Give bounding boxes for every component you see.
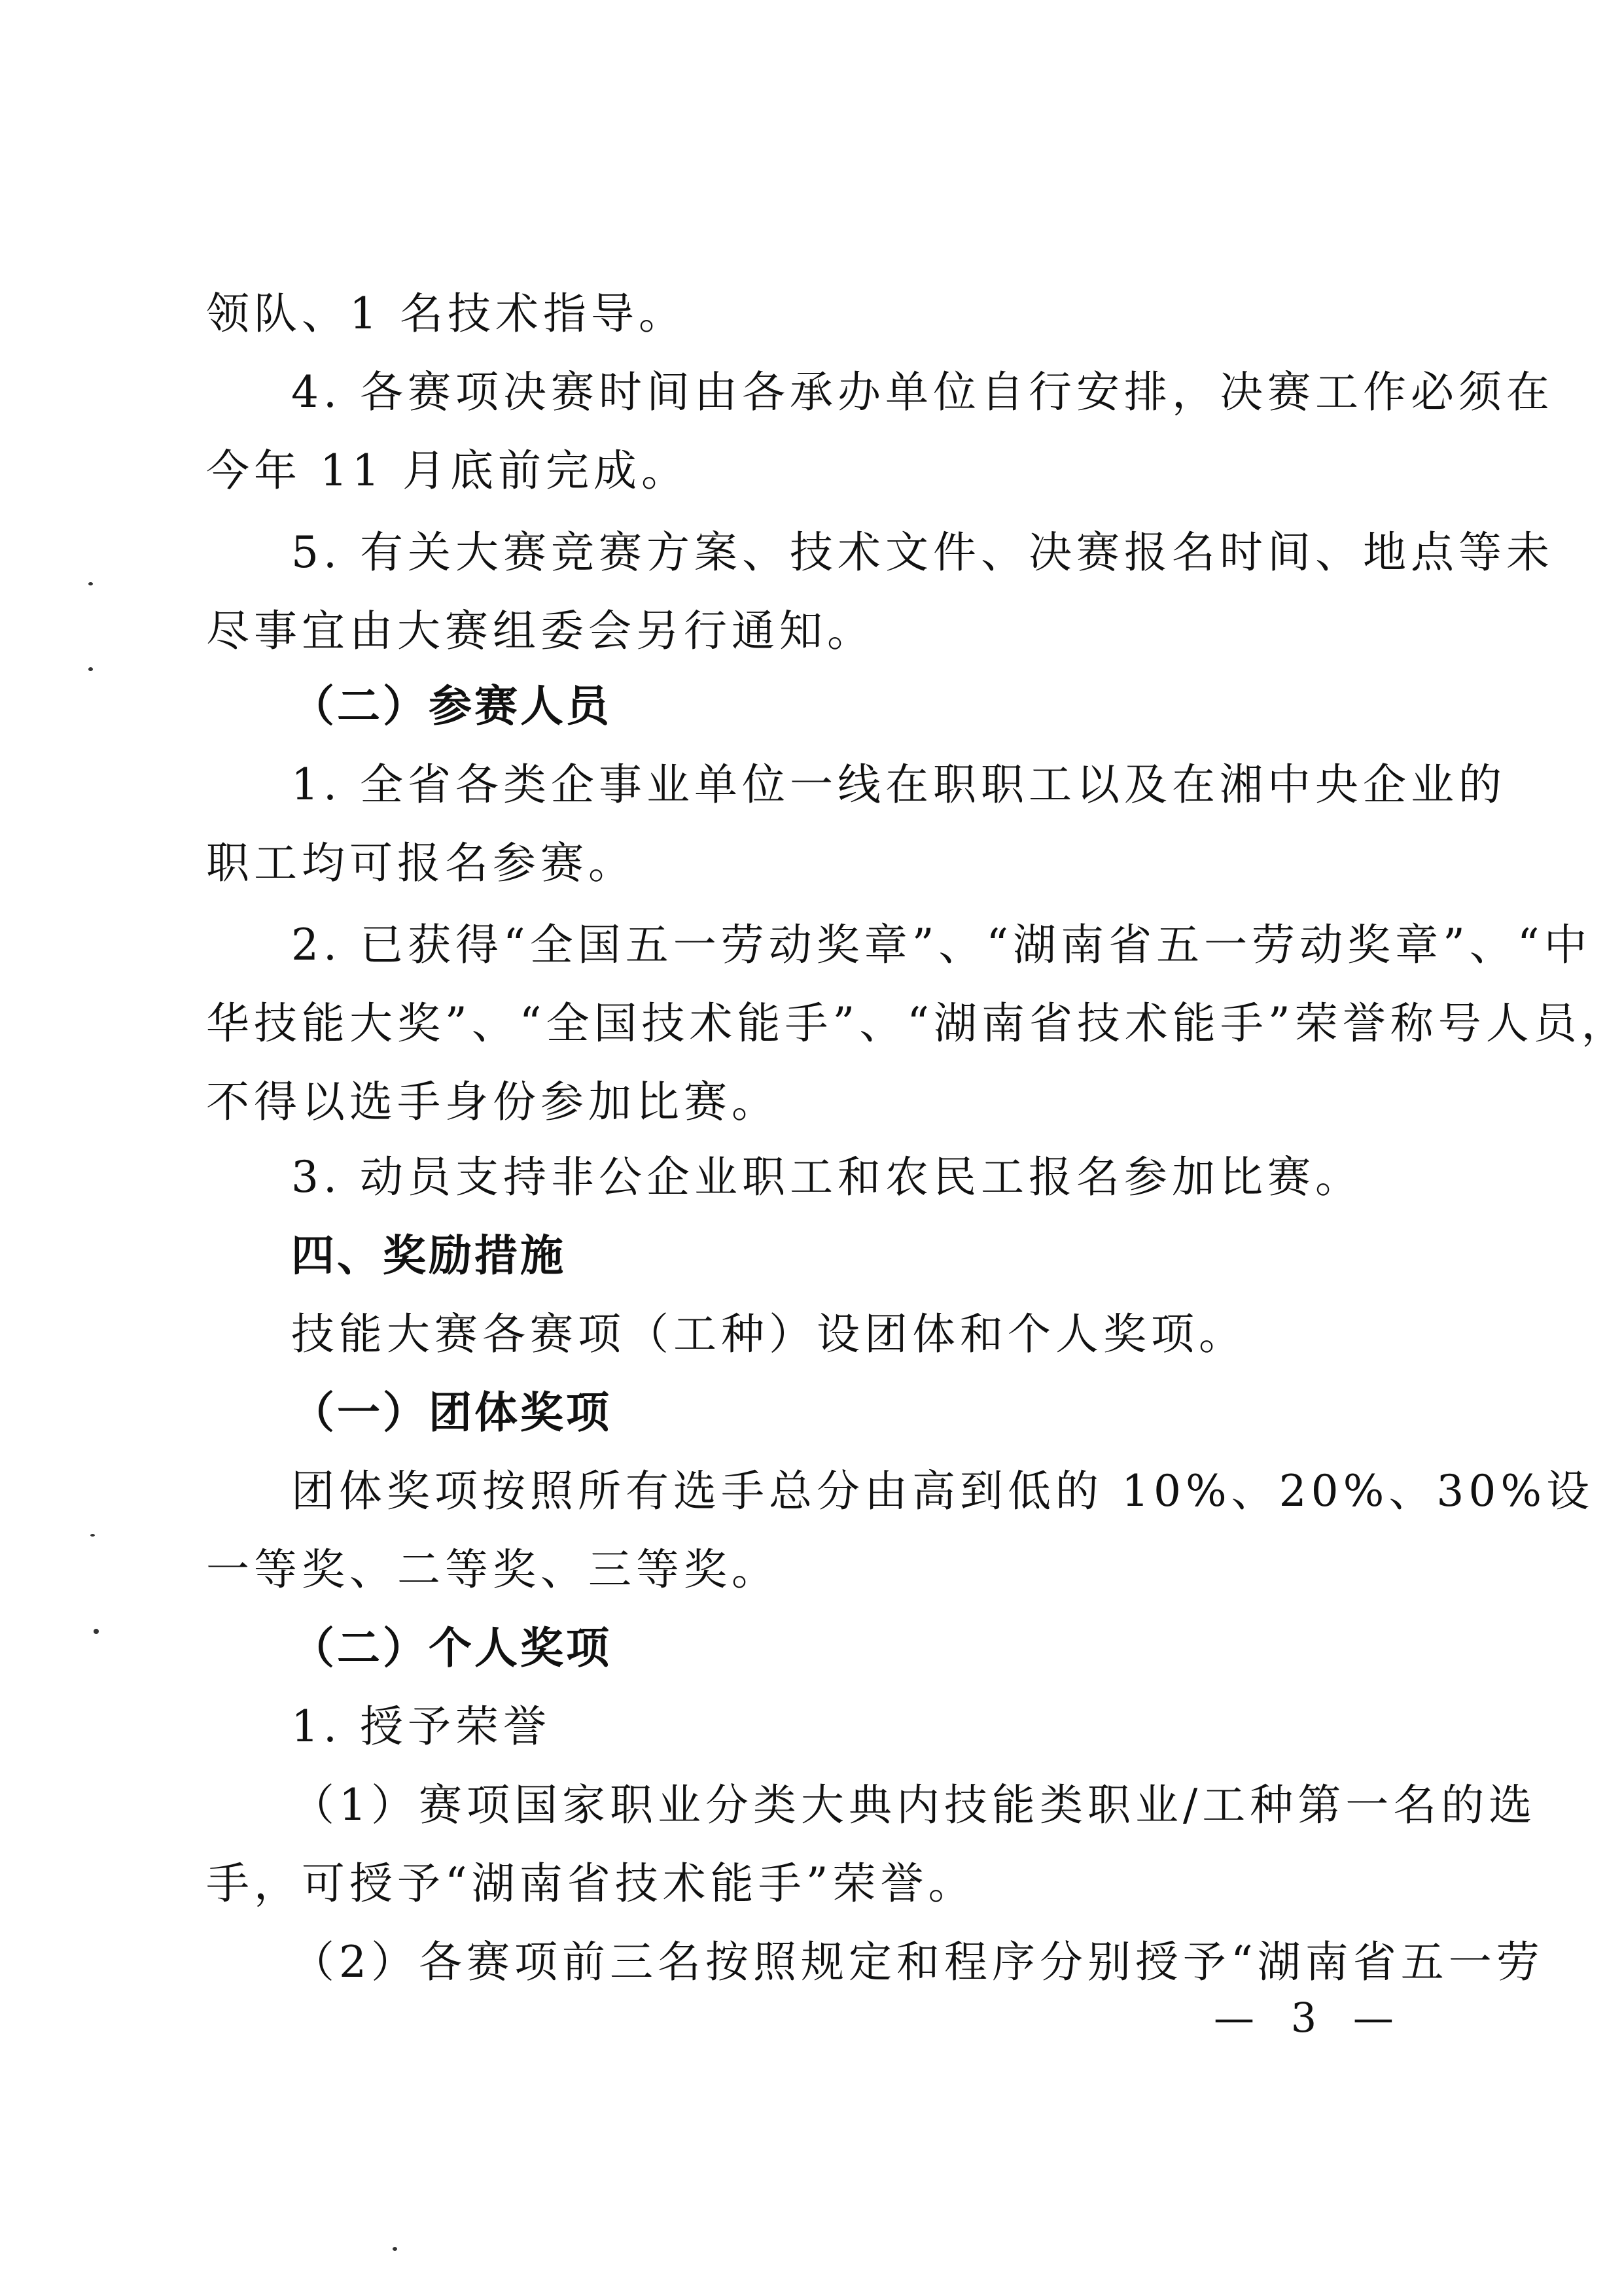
scan-speck bbox=[88, 667, 93, 671]
scan-speck bbox=[94, 1629, 99, 1634]
paragraph-line: 今年 11 月底前完成。 bbox=[206, 442, 1410, 500]
paragraph-line: 5. 有关大赛竞赛方案、技术文件、决赛报名时间、地点等未 bbox=[291, 523, 1410, 582]
paragraph-line: 不得以选手身份参加比赛。 bbox=[206, 1073, 1410, 1132]
paragraph-line: 2. 已获得“全国五一劳动奖章”、“湖南省五一劳动奖章”、“中 bbox=[291, 916, 1410, 975]
document-page: 领队、1 名技术指导。4. 各赛项决赛时间由各承办单位自行安排，决赛工作必须在今… bbox=[0, 0, 1624, 2296]
paragraph-line: 团体奖项按照所有选手总分由高到低的 10%、20%、30%设 bbox=[291, 1462, 1410, 1521]
paragraph-line: 1. 全省各类企事业单位一线在职职工以及在湘中央企业的 bbox=[291, 756, 1410, 814]
paragraph-line: 华技能大奖”、“全国技术能手”、“湖南省技术能手”荣誉称号人员， bbox=[206, 994, 1410, 1053]
scan-speck bbox=[90, 1534, 95, 1537]
paragraph-line: 领队、1 名技术指导。 bbox=[206, 285, 1410, 343]
section-heading: （二）参赛人员 bbox=[291, 677, 1410, 736]
scan-speck bbox=[393, 2247, 397, 2251]
paragraph-line: （2）各赛项前三名按照规定和程序分别授予“湖南省五一劳 bbox=[291, 1933, 1410, 1992]
section-heading: （一）团体奖项 bbox=[291, 1383, 1410, 1442]
page-number: — 3 — bbox=[1214, 1989, 1405, 2047]
paragraph-line: 技能大赛各赛项（工种）设团体和个人奖项。 bbox=[291, 1305, 1410, 1364]
paragraph-line: （1）赛项国家职业分类大典内技能类职业/工种第一名的选 bbox=[291, 1776, 1410, 1835]
paragraph-line: 4. 各赛项决赛时间由各承办单位自行安排，决赛工作必须在 bbox=[291, 363, 1410, 422]
paragraph-line: 尽事宜由大赛组委会另行通知。 bbox=[206, 602, 1410, 661]
paragraph-line: 手，可授予“湖南省技术能手”荣誉。 bbox=[206, 1854, 1410, 1913]
section-heading: 四、奖励措施 bbox=[291, 1226, 1410, 1285]
scan-speck bbox=[88, 582, 93, 585]
section-heading: （二）个人奖项 bbox=[291, 1619, 1410, 1678]
paragraph-line: 1. 授予荣誉 bbox=[291, 1697, 1410, 1756]
paragraph-line: 职工均可报名参赛。 bbox=[206, 834, 1410, 893]
paragraph-line: 3. 动员支持非公企业职工和农民工报名参加比赛。 bbox=[291, 1148, 1410, 1207]
paragraph-line: 一等奖、二等奖、三等奖。 bbox=[206, 1540, 1410, 1599]
